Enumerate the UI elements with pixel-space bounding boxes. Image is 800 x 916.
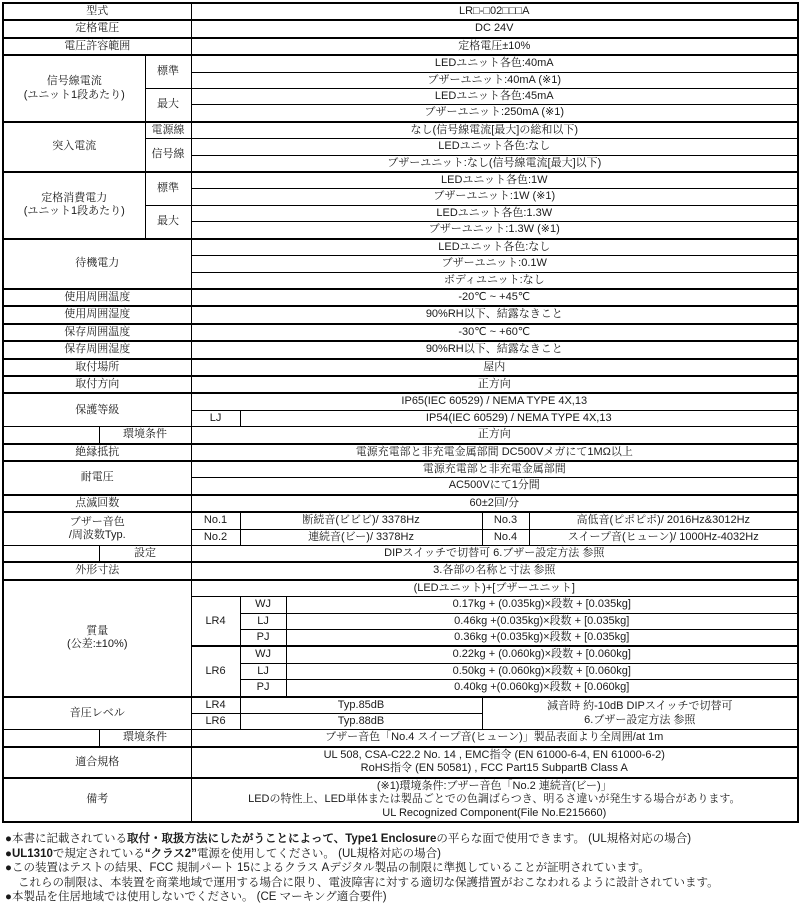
spec-sheet-page: 型式 LR□-□02□□□A 定格電圧 DC 24V 電圧許容範囲 定格電圧±1…: [0, 0, 800, 916]
value-withstand-2: AC500Vにて1分間: [191, 478, 798, 495]
label-standards: 適合規格: [3, 747, 191, 778]
value-inrush-sig-led: LEDユニット各色:なし: [191, 139, 798, 155]
sublabel-lj: LJ: [240, 663, 286, 679]
label-mass: 質量 (公差:±10%): [3, 580, 191, 697]
row-rated-voltage: 定格電圧 DC 24V: [3, 20, 798, 37]
value-rated-voltage: DC 24V: [191, 20, 798, 37]
row-inrush-power: 突入電流 電源線 なし(信号線電流[最大]の総和以下): [3, 122, 798, 139]
value-protection-ip65: IP65(IEC 60529) / NEMA TYPE 4X,13: [191, 393, 798, 410]
label-standby: 待機電力: [3, 239, 191, 289]
value-inrush-power: なし(信号線電流[最大]の総和以下): [191, 122, 798, 139]
label-rated-power: 定格消費電力 (ユニット1段あたり): [3, 172, 145, 239]
sublabel-max: 最大: [145, 205, 191, 238]
value-mass-lr6-lj: 0.50kg + (0.060kg)×段数 + [0.060kg]: [286, 663, 798, 679]
label-env-conditions: 環境条件: [99, 427, 191, 444]
sublabel-lj: LJ: [191, 410, 240, 426]
value-mass-lr6-wj: 0.22kg + (0.060kg)×段数 + [0.060kg]: [286, 646, 798, 663]
row-signal-current-std-led: 信号線電流 (ユニット1段あたり) 標準 LEDユニット各色:40mA: [3, 55, 798, 72]
footer-text: これらの制限は、本装置を商業地域で運用する場合に限り、電波障害に対する適切な保護…: [18, 877, 719, 889]
footer-text: ●この装置はテストの結果、FCC 規制パート 15によるクラス Aデジタル製品の…: [5, 862, 650, 874]
sublabel-no4: No.4: [482, 529, 529, 545]
label-withstand: 耐電圧: [3, 461, 191, 495]
label-signal-current: 信号線電流 (ユニット1段あたり): [3, 55, 145, 122]
row-remarks: 備考 (※1)環境条件:ブザー音色「No.2 連続音(ビー)」 LEDの特性上、…: [3, 778, 798, 822]
row-withstand-1: 耐電圧 電源充電部と非充電金属部間: [3, 461, 798, 478]
footer-note-ul1310: ●UL1310で規定されている“クラス2”電源を使用してください。 (UL規格対…: [5, 847, 797, 862]
footer-text: ●: [5, 848, 12, 860]
row-place: 取付場所 屋内: [3, 359, 798, 376]
value-signal-max-buz: ブザーユニット:250mA (※1): [191, 105, 798, 122]
footer-note-fcc-cont: これらの制限は、本装置を商業地域で運用する場合に限り、電波障害に対する適切な保護…: [5, 876, 797, 891]
sublabel-no1: No.1: [191, 512, 240, 529]
value-power-std-buz: ブザーユニット:1W (※1): [191, 189, 798, 205]
value-model: LR□-□02□□□A: [191, 3, 798, 20]
row-model: 型式 LR□-□02□□□A: [3, 3, 798, 20]
sublabel-lr4: LR4: [191, 697, 240, 714]
value-remarks: (※1)環境条件:ブザー音色「No.2 連続音(ビー)」 LEDの特性上、LED…: [191, 778, 798, 822]
label-setting: 設定: [99, 546, 191, 563]
value-buzzer-no4: スイープ音(ヒューン)/ 1000Hz-4032Hz: [529, 529, 798, 545]
footer-notes: ●本書に記載されている取付・取扱方法にしたがうことによって、Type1 Encl…: [2, 823, 799, 905]
row-spl-env: 環境条件 ブザー音色「No.4 スイープ音(ヒューン)」製品表面より全周囲/at…: [3, 730, 798, 747]
row-buzzer-1: ブザー音色 /周波数Typ. No.1 断続音(ビビビ)/ 3378Hz No.…: [3, 512, 798, 529]
spacer-cell: [3, 730, 99, 747]
value-power-max-led: LEDユニット各色:1.3W: [191, 205, 798, 221]
value-signal-std-buz: ブザーユニット:40mA (※1): [191, 72, 798, 88]
label-env-conditions: 環境条件: [99, 730, 191, 747]
row-insulation: 絶縁抵抗 電源充電部と非充電金属部間 DC500Vメガにて1MΩ以上: [3, 444, 798, 461]
sublabel-wj: WJ: [240, 646, 286, 663]
sublabel-no2: No.2: [191, 529, 240, 545]
value-st-temp: -30℃ ~ +60℃: [191, 324, 798, 341]
row-protection-1: 保護等級 IP65(IEC 60529) / NEMA TYPE 4X,13: [3, 393, 798, 410]
sublabel-standard: 標準: [145, 172, 191, 205]
row-dimensions: 外形寸法 3.各部の名称と寸法 参照: [3, 562, 798, 579]
row-protection-env: 環境条件 正方向: [3, 427, 798, 444]
value-mass-lr6-pj: 0.40kg +(0.060kg)×段数 + [0.060kg]: [286, 680, 798, 697]
value-power-max-buz: ブザーユニット:1.3W (※1): [191, 222, 798, 239]
value-voltage-tolerance: 定格電圧±10%: [191, 38, 798, 55]
row-voltage-tolerance: 電圧許容範囲 定格電圧±10%: [3, 38, 798, 55]
sublabel-lj: LJ: [240, 613, 286, 629]
label-dimensions: 外形寸法: [3, 562, 191, 579]
value-op-temp: -20℃ ~ +45℃: [191, 289, 798, 306]
label-place: 取付場所: [3, 359, 191, 376]
label-direction: 取付方向: [3, 376, 191, 393]
value-protection-env: 正方向: [191, 427, 798, 444]
sublabel-power-line: 電源線: [145, 122, 191, 139]
value-signal-std-led: LEDユニット各色:40mA: [191, 55, 798, 72]
sublabel-standard: 標準: [145, 55, 191, 88]
sublabel-signal-line: 信号線: [145, 139, 191, 172]
value-standards: UL 508, CSA-C22.2 No. 14 , EMC指令 (EN 610…: [191, 747, 798, 778]
value-dimensions: 3.各部の名称と寸法 参照: [191, 562, 798, 579]
footer-text-bold: 取付・取扱方法にしたがうことによって、Type1 Enclosure: [127, 833, 436, 845]
value-withstand-1: 電源充電部と非充電金属部間: [191, 461, 798, 478]
row-power-std-led: 定格消費電力 (ユニット1段あたり) 標準 LEDユニット各色:1W: [3, 172, 798, 189]
value-standby-body: ボディユニット:なし: [191, 272, 798, 289]
footer-text: で規定されている: [53, 848, 145, 860]
label-op-hum: 使用周囲湿度: [3, 306, 191, 323]
value-st-hum: 90%RH以下、結露なきこと: [191, 341, 798, 358]
label-remarks: 備考: [3, 778, 191, 822]
value-mass-lr4-wj: 0.17kg + (0.035kg)×段数 + [0.035kg]: [286, 597, 798, 613]
value-buzzer-no1: 断続音(ビビビ)/ 3378Hz: [240, 512, 482, 529]
sublabel-lr4: LR4: [191, 597, 240, 647]
row-direction: 取付方向 正方向: [3, 376, 798, 393]
value-buzzer-no2: 連続音(ビー)/ 3378Hz: [240, 529, 482, 545]
value-buzzer-no3: 高低音(ピポピポ)/ 2016Hz&3012Hz: [529, 512, 798, 529]
footer-text-bold: UL1310: [12, 848, 53, 860]
value-op-hum: 90%RH以下、結露なきこと: [191, 306, 798, 323]
row-buzzer-setting: 設定 DIPスイッチで切替可 6.ブザー設定方法 参照: [3, 546, 798, 563]
value-inrush-sig-buz: ブザーユニット:なし(信号線電流[最大]以下): [191, 155, 798, 172]
label-protection: 保護等級: [3, 393, 191, 426]
footer-text: ●本製品を住居地域では使用しないでください。 (CE マーキング適合要件): [5, 891, 387, 903]
label-op-temp: 使用周囲温度: [3, 289, 191, 306]
spacer-cell: [3, 546, 99, 563]
label-insulation: 絶縁抵抗: [3, 444, 191, 461]
row-flash: 点滅回数 60±2回/分: [3, 495, 798, 512]
value-setting: DIPスイッチで切替可 6.ブザー設定方法 参照: [191, 546, 798, 563]
footer-text: ●本書に記載されている: [5, 833, 127, 845]
footer-note-ce: ●本製品を住居地域では使用しないでください。 (CE マーキング適合要件): [5, 890, 797, 905]
footer-text: 電源を使用してください。 (UL規格対応の場合): [197, 848, 441, 860]
value-spl-note: 減音時 約-10dB DIPスイッチで切替可 6.ブザー設定方法 参照: [482, 697, 798, 730]
value-standby-buz: ブザーユニット:0.1W: [191, 256, 798, 272]
sublabel-lr6: LR6: [191, 646, 240, 696]
spacer-cell: [3, 427, 99, 444]
label-model: 型式: [3, 3, 191, 20]
footer-text-bold: “クラス2”: [145, 848, 197, 860]
row-mass-header: 質量 (公差:±10%) (LEDユニット)+[ブザーユニット]: [3, 580, 798, 597]
value-power-std-led: LEDユニット各色:1W: [191, 172, 798, 189]
value-protection-ip54: IP54(IEC 60529) / NEMA TYPE 4X,13: [240, 410, 798, 426]
value-mass-lr4-lj: 0.46kg +(0.035kg)×段数 + [0.035kg]: [286, 613, 798, 629]
spec-table: 型式 LR□-□02□□□A 定格電圧 DC 24V 電圧許容範囲 定格電圧±1…: [2, 2, 799, 823]
label-buzzer: ブザー音色 /周波数Typ.: [3, 512, 191, 545]
sublabel-lr6: LR6: [191, 714, 240, 730]
row-op-hum: 使用周囲湿度 90%RH以下、結露なきこと: [3, 306, 798, 323]
row-standby-led: 待機電力 LEDユニット各色:なし: [3, 239, 798, 256]
label-st-hum: 保存周囲湿度: [3, 341, 191, 358]
value-insulation: 電源充電部と非充電金属部間 DC500Vメガにて1MΩ以上: [191, 444, 798, 461]
row-st-temp: 保存周囲温度 -30℃ ~ +60℃: [3, 324, 798, 341]
label-voltage-tolerance: 電圧許容範囲: [3, 38, 191, 55]
row-op-temp: 使用周囲温度 -20℃ ~ +45℃: [3, 289, 798, 306]
label-rated-voltage: 定格電圧: [3, 20, 191, 37]
sublabel-wj: WJ: [240, 597, 286, 613]
sublabel-no3: No.3: [482, 512, 529, 529]
footer-note-fcc: ●この装置はテストの結果、FCC 規制パート 15によるクラス Aデジタル製品の…: [5, 861, 797, 876]
value-signal-max-led: LEDユニット各色:45mA: [191, 89, 798, 105]
value-place: 屋内: [191, 359, 798, 376]
sublabel-pj: PJ: [240, 680, 286, 697]
row-standards: 適合規格 UL 508, CSA-C22.2 No. 14 , EMC指令 (E…: [3, 747, 798, 778]
value-spl-lr4: Typ.85dB: [240, 697, 482, 714]
value-standby-led: LEDユニット各色:なし: [191, 239, 798, 256]
sublabel-max: 最大: [145, 89, 191, 122]
value-mass-header: (LEDユニット)+[ブザーユニット]: [191, 580, 798, 597]
label-st-temp: 保存周囲温度: [3, 324, 191, 341]
value-direction: 正方向: [191, 376, 798, 393]
row-st-hum: 保存周囲湿度 90%RH以下、結露なきこと: [3, 341, 798, 358]
value-mass-lr4-pj: 0.36kg +(0.035kg)×段数 + [0.035kg]: [286, 630, 798, 647]
label-flash: 点滅回数: [3, 495, 191, 512]
value-flash: 60±2回/分: [191, 495, 798, 512]
sublabel-pj: PJ: [240, 630, 286, 647]
value-spl-env: ブザー音色「No.4 スイープ音(ヒューン)」製品表面より全周囲/at 1m: [191, 730, 798, 747]
label-inrush: 突入電流: [3, 122, 145, 172]
label-spl: 音圧レベル: [3, 697, 191, 730]
footer-note-ul-enclosure: ●本書に記載されている取付・取扱方法にしたがうことによって、Type1 Encl…: [5, 832, 797, 847]
row-spl-lr4: 音圧レベル LR4 Typ.85dB 減音時 約-10dB DIPスイッチで切替…: [3, 697, 798, 714]
value-spl-lr6: Typ.88dB: [240, 714, 482, 730]
footer-text: の平らな面で使用できます。 (UL規格対応の場合): [436, 833, 691, 845]
